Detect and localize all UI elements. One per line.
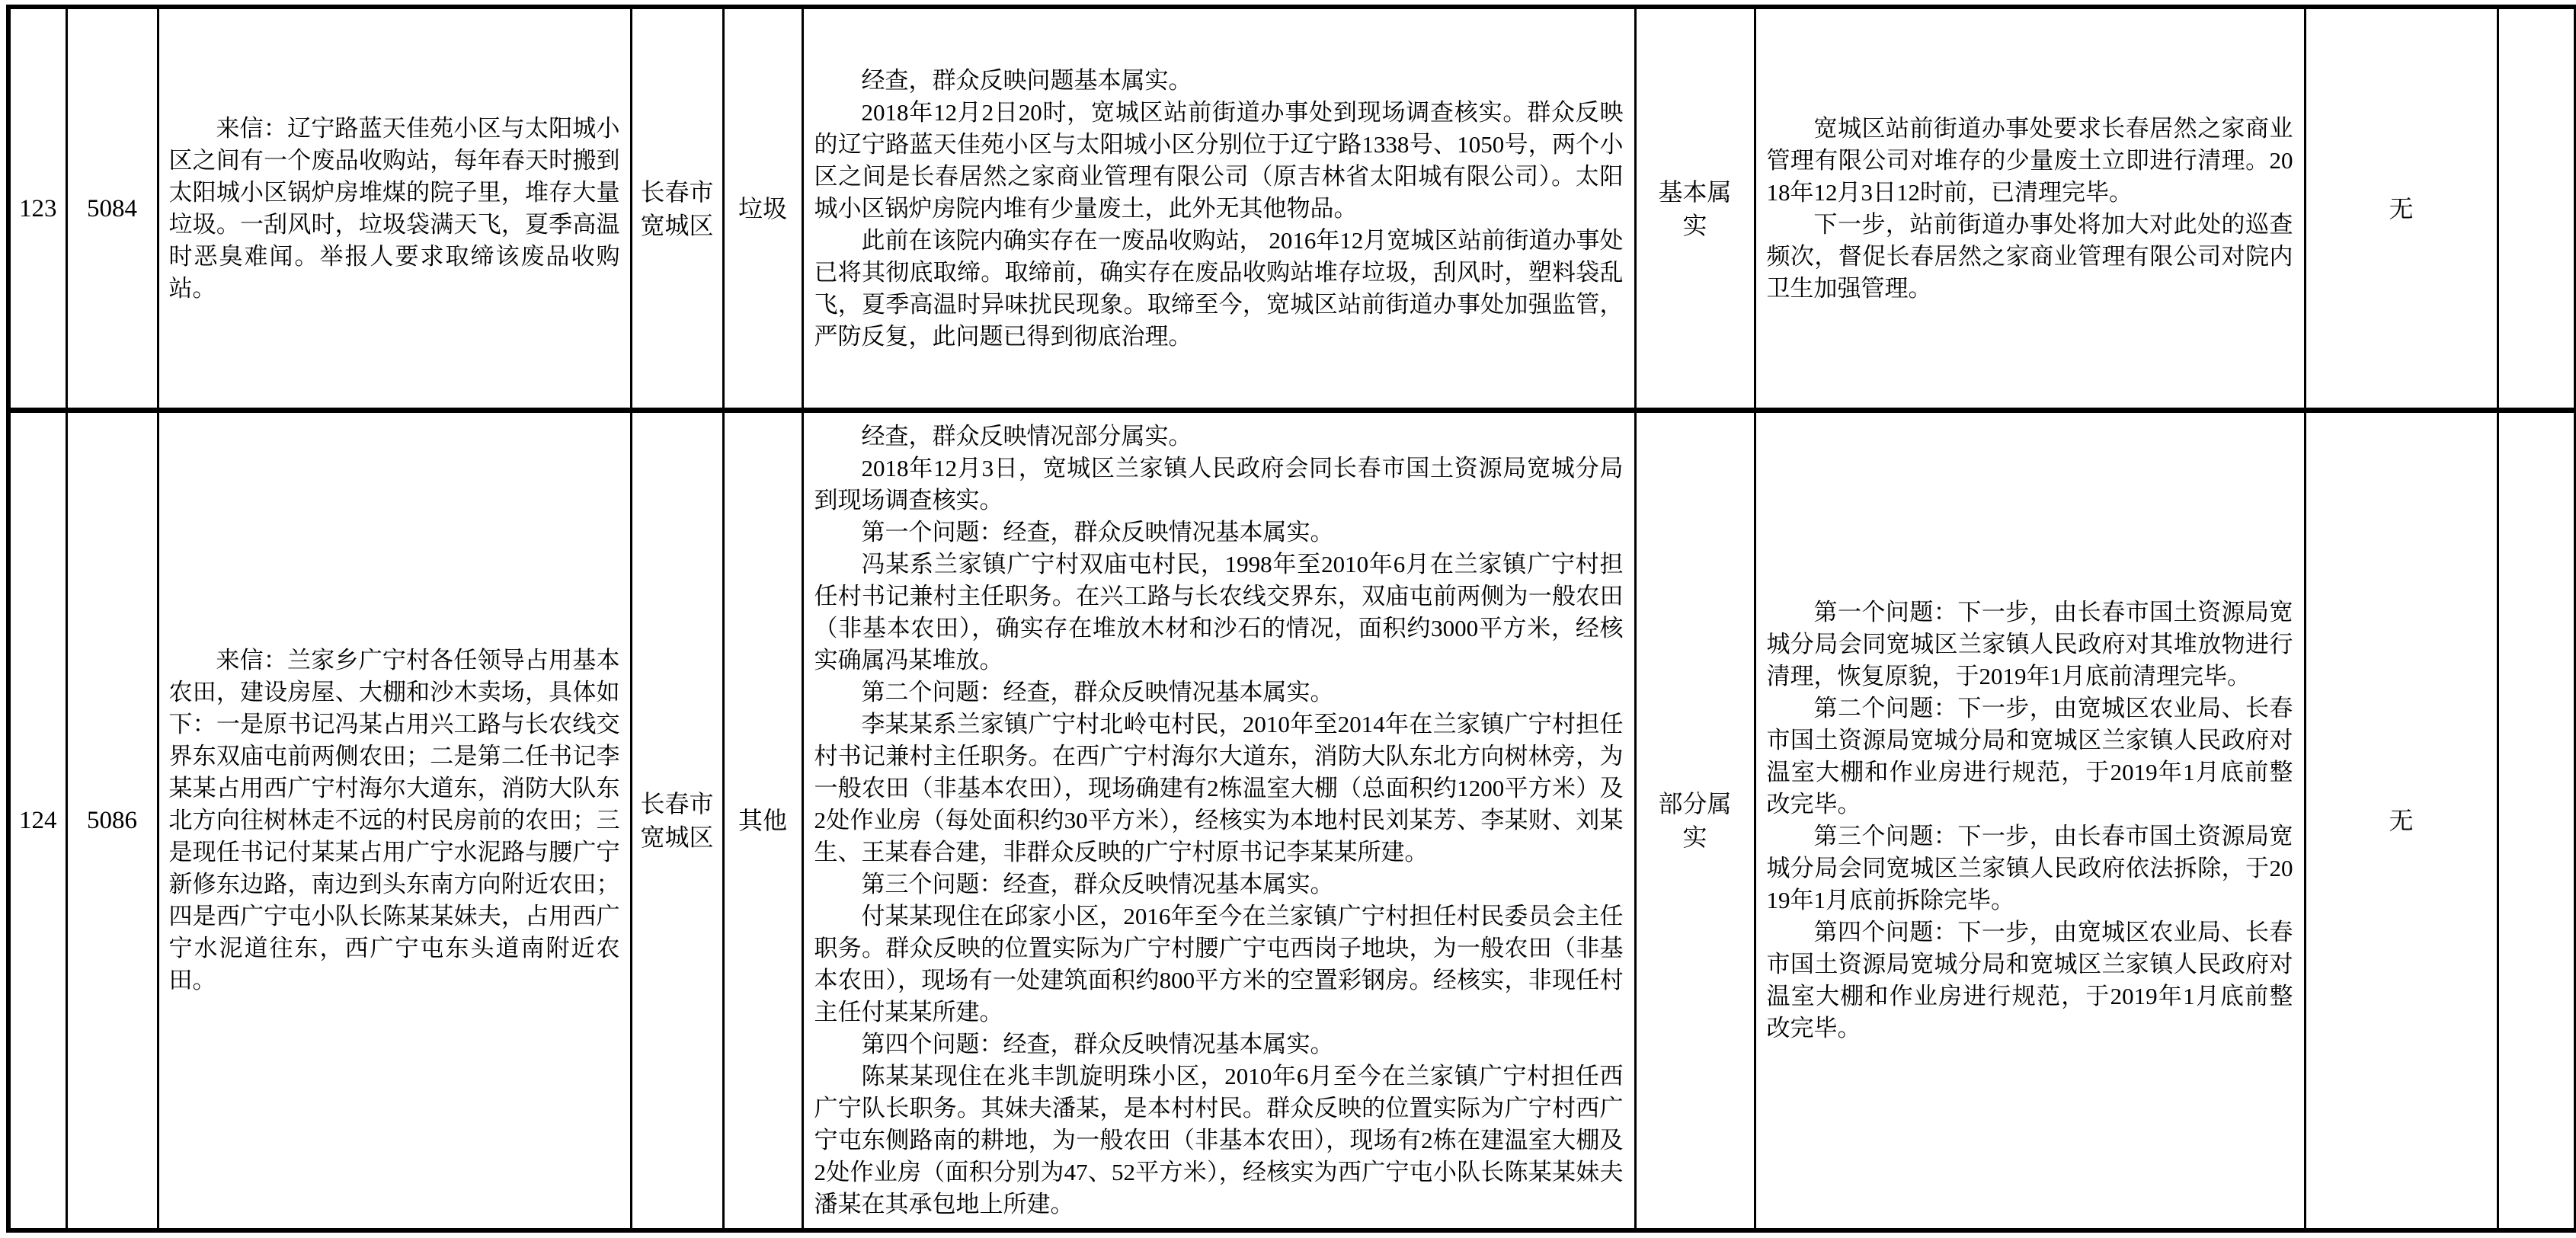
paragraph: 付某某现住在邱家小区，2016年至今在兰家镇广宁村担任村民委员会主任职务。群众反… bbox=[814, 901, 1624, 1028]
cell-handling-action: 第一个问题：下一步，由长春市国土资源局宽城分局会同宽城区兰家镇人民政府对其堆放物… bbox=[1755, 411, 2305, 1231]
cell-investigation-result: 经查，群众反映问题基本属实。2018年12月2日20时，宽城区站前街道办事处到现… bbox=[802, 7, 1635, 411]
paragraph: 来信：辽宁路蓝天佳苑小区与太阳城小区之间有一个废品收购站，每年春天时搬到太阳城小… bbox=[169, 113, 620, 305]
cell-remark bbox=[2498, 7, 2576, 411]
cell-row-number: 123 bbox=[8, 7, 66, 411]
scanned-table-sheet: 123 5084 来信：辽宁路蓝天佳苑小区与太阳城小区之间有一个废品收购站，每年… bbox=[6, 5, 2574, 1227]
table-row: 124 5086 来信：兰家乡广宁村各任领导占用基本农田，建设房屋、大棚和沙木卖… bbox=[8, 411, 2576, 1231]
paragraph: 此前在该院内确实存在一废品收购站， 2016年12月宽城区站前街道办事处已将其彻… bbox=[814, 225, 1624, 353]
cell-investigation-result: 经查，群众反映情况部分属实。2018年12月3日，宽城区兰家镇人民政府会同长春市… bbox=[802, 411, 1635, 1231]
paragraph: 冯某系兰家镇广宁村双庙屯村民，1998年至2010年6月在兰家镇广宁村担任村书记… bbox=[814, 549, 1624, 677]
paragraph: 第三个问题：下一步，由长春市国土资源局宽城分局会同宽城区兰家镇人民政府依法拆除，… bbox=[1767, 821, 2293, 917]
cell-verification-status: 基本属实 bbox=[1635, 7, 1755, 411]
cell-remark bbox=[2498, 411, 2576, 1231]
paragraph: 2018年12月3日，宽城区兰家镇人民政府会同长春市国土资源局宽城分局到现场调查… bbox=[814, 453, 1624, 517]
cell-complaint-letter: 来信：兰家乡广宁村各任领导占用基本农田，建设房屋、大棚和沙木卖场，具体如下：一是… bbox=[158, 411, 631, 1231]
petition-handling-table: 123 5084 来信：辽宁路蓝天佳苑小区与太阳城小区之间有一个废品收购站，每年… bbox=[6, 5, 2576, 1233]
cell-location: 长春市宽城区 bbox=[631, 411, 723, 1231]
paragraph: 陈某某现住在兆丰凯旋明珠小区，2010年6月至今在兰家镇广宁村担任西广宁队长职务… bbox=[814, 1060, 1624, 1220]
paragraph: 第四个问题：经查，群众反映情况基本属实。 bbox=[814, 1028, 1624, 1060]
paragraph: 2018年12月2日20时，宽城区站前街道办事处到现场调查核实。群众反映的辽宁路… bbox=[814, 97, 1624, 225]
paragraph: 第二个问题：经查，群众反映情况基本属实。 bbox=[814, 677, 1624, 709]
cell-accountability: 无 bbox=[2305, 7, 2498, 411]
paragraph: 宽城区站前街道办事处要求长春居然之家商业管理有限公司对堆存的少量废土立即进行清理… bbox=[1767, 113, 2293, 209]
paragraph: 经查，群众反映情况部分属实。 bbox=[814, 421, 1624, 453]
paragraph: 李某某系兰家镇广宁村北岭屯村民，2010年至2014年在兰家镇广宁村担任村书记兼… bbox=[814, 709, 1624, 869]
cell-handling-action: 宽城区站前街道办事处要求长春居然之家商业管理有限公司对堆存的少量废土立即进行清理… bbox=[1755, 7, 2305, 411]
paragraph: 第三个问题：经查，群众反映情况基本属实。 bbox=[814, 869, 1624, 901]
cell-location: 长春市宽城区 bbox=[631, 7, 723, 411]
paragraph: 经查，群众反映问题基本属实。 bbox=[814, 65, 1624, 97]
cell-letter-id: 5084 bbox=[66, 7, 158, 411]
cell-verification-status: 部分属实 bbox=[1635, 411, 1755, 1231]
paragraph: 下一步，站前街道办事处将加大对此处的巡查频次，督促长春居然之家商业管理有限公司对… bbox=[1767, 209, 2293, 305]
paragraph: 来信：兰家乡广宁村各任领导占用基本农田，建设房屋、大棚和沙木卖场，具体如下：一是… bbox=[169, 645, 620, 996]
cell-category: 垃圾 bbox=[723, 7, 802, 411]
paragraph: 第四个问题：下一步，由宽城区农业局、长春市国土资源局宽城分局和宽城区兰家镇人民政… bbox=[1767, 917, 2293, 1044]
paragraph: 第一个问题：下一步，由长春市国土资源局宽城分局会同宽城区兰家镇人民政府对其堆放物… bbox=[1767, 597, 2293, 693]
paragraph: 第一个问题：经查，群众反映情况基本属实。 bbox=[814, 517, 1624, 549]
cell-accountability: 无 bbox=[2305, 411, 2498, 1231]
cell-category: 其他 bbox=[723, 411, 802, 1231]
cell-complaint-letter: 来信：辽宁路蓝天佳苑小区与太阳城小区之间有一个废品收购站，每年春天时搬到太阳城小… bbox=[158, 7, 631, 411]
cell-row-number: 124 bbox=[8, 411, 66, 1231]
table-body: 123 5084 来信：辽宁路蓝天佳苑小区与太阳城小区之间有一个废品收购站，每年… bbox=[8, 7, 2576, 1230]
paragraph: 第二个问题：下一步，由宽城区农业局、长春市国土资源局宽城分局和宽城区兰家镇人民政… bbox=[1767, 693, 2293, 821]
table-row: 123 5084 来信：辽宁路蓝天佳苑小区与太阳城小区之间有一个废品收购站，每年… bbox=[8, 7, 2576, 411]
cell-letter-id: 5086 bbox=[66, 411, 158, 1231]
